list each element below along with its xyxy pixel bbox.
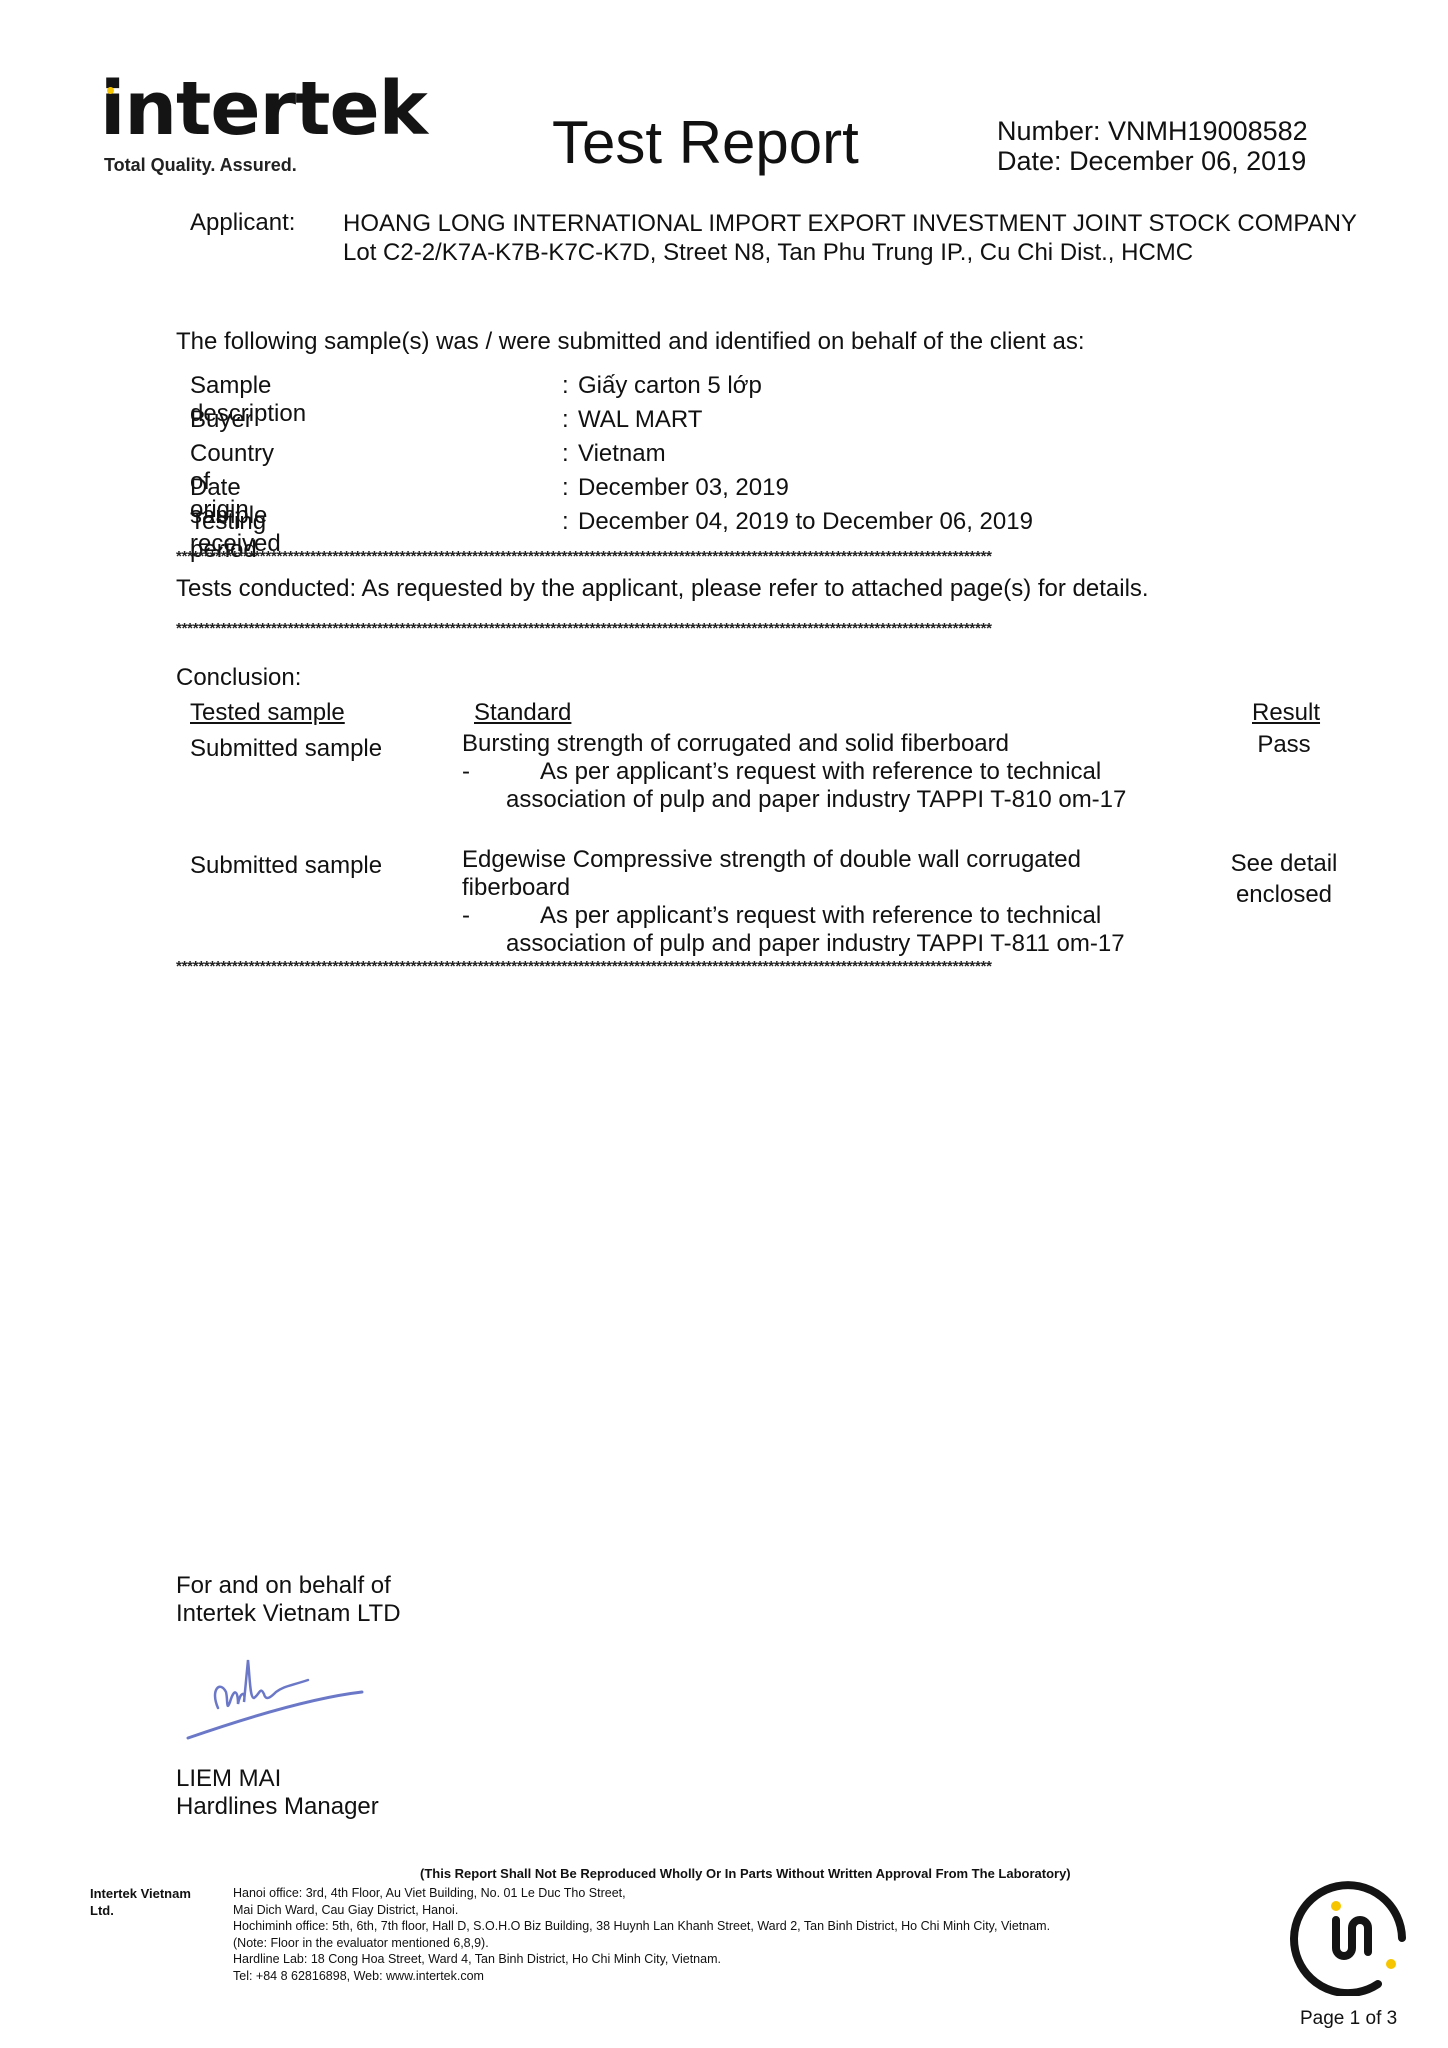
row-2-standard: Edgewise Compressive strength of double … bbox=[462, 846, 1125, 958]
signer-name: LIEM MAI bbox=[176, 1765, 379, 1793]
applicant-info: HOANG LONG INTERNATIONAL IMPORT EXPORT I… bbox=[343, 209, 1357, 267]
report-date: Date: December 06, 2019 bbox=[997, 146, 1308, 176]
footer-addresses: Hanoi office: 3rd, 4th Floor, Au Viet Bu… bbox=[233, 1885, 1050, 1985]
page-number: Page 1 of 3 bbox=[1300, 2008, 1397, 2030]
report-title: Test Report bbox=[552, 108, 859, 177]
signature-block: For and on behalf of Intertek Vietnam LT… bbox=[176, 1572, 401, 1628]
signature-icon bbox=[180, 1650, 380, 1740]
row-2-result: See detail enclosed bbox=[1204, 848, 1364, 910]
signer-position: Hardlines Manager bbox=[176, 1793, 379, 1821]
row-1-standard: Bursting strength of corrugated and soli… bbox=[462, 730, 1126, 814]
footer-notice: (This Report Shall Not Be Reproduced Who… bbox=[420, 1866, 1071, 1881]
row-1-sample: Submitted sample bbox=[190, 735, 382, 763]
col-header-standard: Standard bbox=[474, 699, 571, 727]
intertek-in-logo-icon bbox=[1290, 1872, 1410, 1996]
row-1-result: Pass bbox=[1204, 731, 1364, 759]
conclusion-label: Conclusion: bbox=[176, 664, 301, 692]
footer-company: Intertek Vietnam Ltd. bbox=[90, 1885, 191, 1919]
intertek-logo: intertek bbox=[100, 72, 427, 146]
col-header-result: Result bbox=[1252, 699, 1320, 727]
separator: ****************************************… bbox=[176, 548, 1398, 565]
tests-conducted: Tests conducted: As requested by the app… bbox=[176, 575, 1149, 603]
logo-dot-icon bbox=[107, 87, 114, 94]
report-number: Number: VNMH19008582 bbox=[997, 116, 1308, 146]
signer-block: LIEM MAI Hardlines Manager bbox=[176, 1765, 379, 1821]
row-2-sample: Submitted sample bbox=[190, 852, 382, 880]
applicant-label: Applicant: bbox=[190, 209, 295, 237]
logo-tagline: Total Quality. Assured. bbox=[104, 155, 297, 176]
separator: ****************************************… bbox=[176, 958, 1398, 975]
separator: ****************************************… bbox=[176, 620, 1398, 637]
col-header-tested-sample: Tested sample bbox=[190, 699, 345, 727]
intro-text: The following sample(s) was / were submi… bbox=[176, 328, 1084, 356]
applicant-address: Lot C2-2/K7A-K7B-K7C-K7D, Street N8, Tan… bbox=[343, 238, 1357, 267]
applicant-name: HOANG LONG INTERNATIONAL IMPORT EXPORT I… bbox=[343, 209, 1357, 238]
report-meta: Number: VNMH19008582 Date: December 06, … bbox=[997, 116, 1308, 176]
